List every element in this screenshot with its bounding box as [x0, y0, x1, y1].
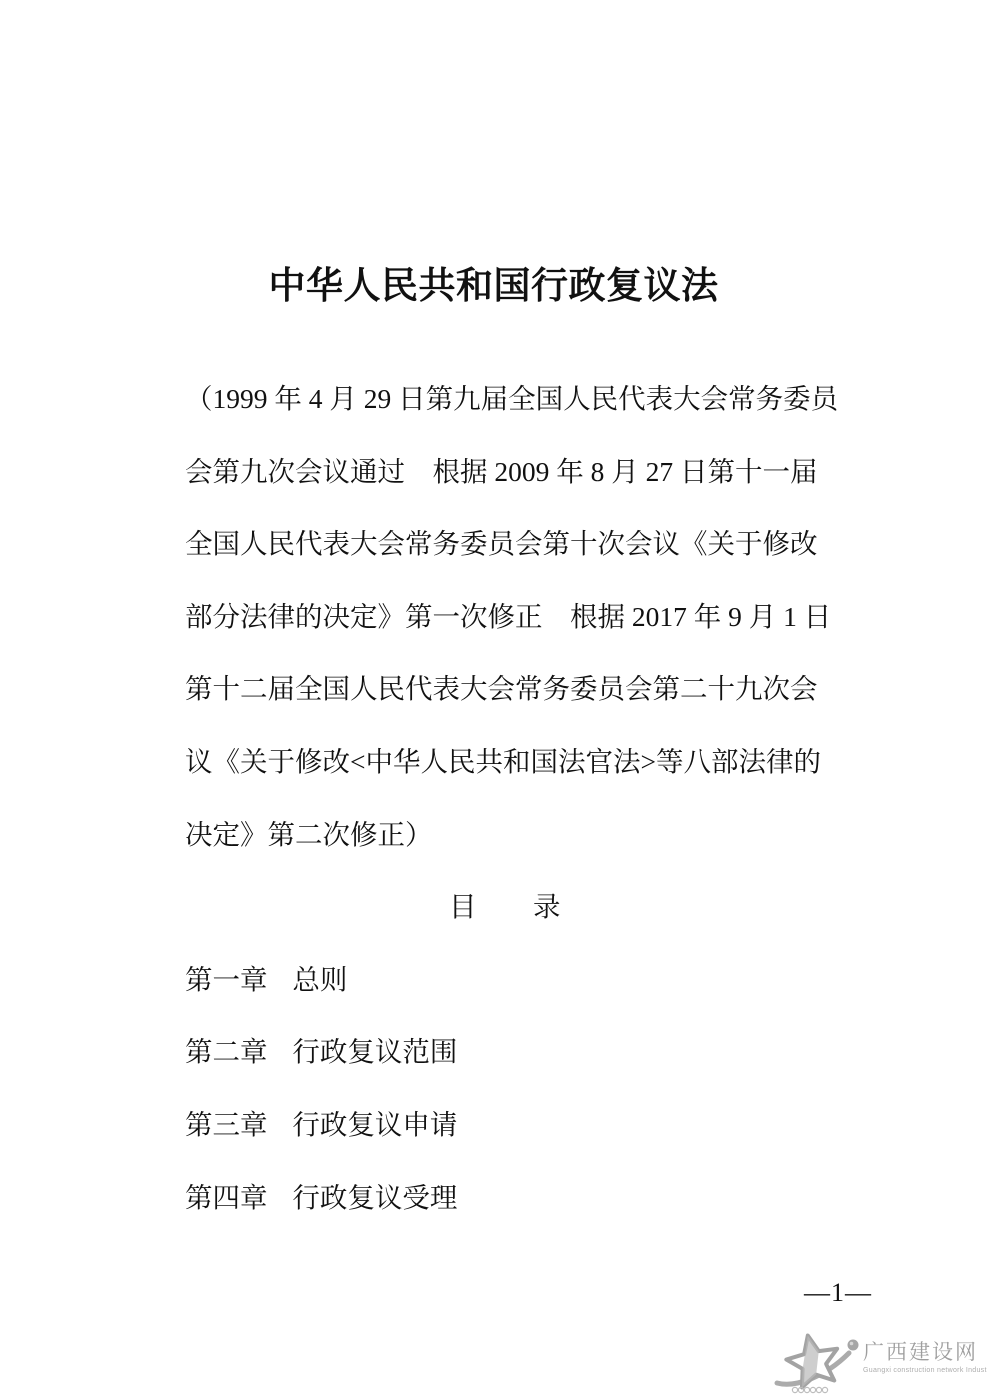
logo-site-name: 广西建设网	[863, 1340, 987, 1364]
paragraph-line: 决定》第二次修正）	[185, 799, 825, 872]
toc-chapter-label: 第二章	[185, 1016, 268, 1089]
toc-heading: 目 录	[185, 871, 825, 944]
paragraph-line: （1999 年 4 月 29 日第九届全国人民代表大会常务委员	[185, 363, 825, 436]
toc-chapter-label: 第四章	[185, 1162, 268, 1235]
toc-chapter-label: 第三章	[185, 1089, 268, 1162]
toc-item-chapter-1: 第一章 总则	[185, 944, 825, 1017]
paragraph-line: 部分法律的决定》第一次修正 根据 2017 年 9 月 1 日	[185, 581, 825, 654]
toc-item-chapter-3: 第三章 行政复议申请	[185, 1089, 825, 1162]
paragraph-line: 全国人民代表大会常务委员会第十次会议《关于修改	[185, 508, 825, 581]
document-page: 中华人民共和国行政复议法 （1999 年 4 月 29 日第九届全国人民代表大会…	[0, 0, 987, 1398]
paragraph-line: 第十二届全国人民代表大会常务委员会第二十九次会	[185, 653, 825, 726]
toc-chapter-title: 行政复议范围	[292, 1016, 457, 1089]
toc-item-chapter-4: 第四章 行政复议受理	[185, 1162, 825, 1235]
toc-chapter-label: 第一章	[185, 944, 268, 1017]
logo-text-block: 广西建设网 Guangxi construction network Indus…	[863, 1333, 987, 1375]
toc-chapter-title: 行政复议申请	[292, 1089, 457, 1162]
star-logo-icon	[773, 1333, 861, 1398]
page-number: —1—	[804, 1278, 872, 1308]
document-body: （1999 年 4 月 29 日第九届全国人民代表大会常务委员 会第九次会议通过…	[185, 363, 825, 1234]
logo-site-caption: Guangxi construction network Industry Ed…	[863, 1366, 987, 1375]
toc-chapter-title: 行政复议受理	[292, 1162, 457, 1235]
toc-chapter-title: 总则	[292, 944, 347, 1017]
paragraph-line: 会第九次会议通过 根据 2009 年 8 月 27 日第十一届	[185, 436, 825, 509]
paragraph-line: 议《关于修改<中华人民共和国法官法>等八部法律的	[185, 726, 825, 799]
site-watermark: 广西建设网 Guangxi construction network Indus…	[773, 1333, 987, 1398]
toc-item-chapter-2: 第二章 行政复议范围	[185, 1016, 825, 1089]
document-title: 中华人民共和国行政复议法	[0, 263, 987, 309]
